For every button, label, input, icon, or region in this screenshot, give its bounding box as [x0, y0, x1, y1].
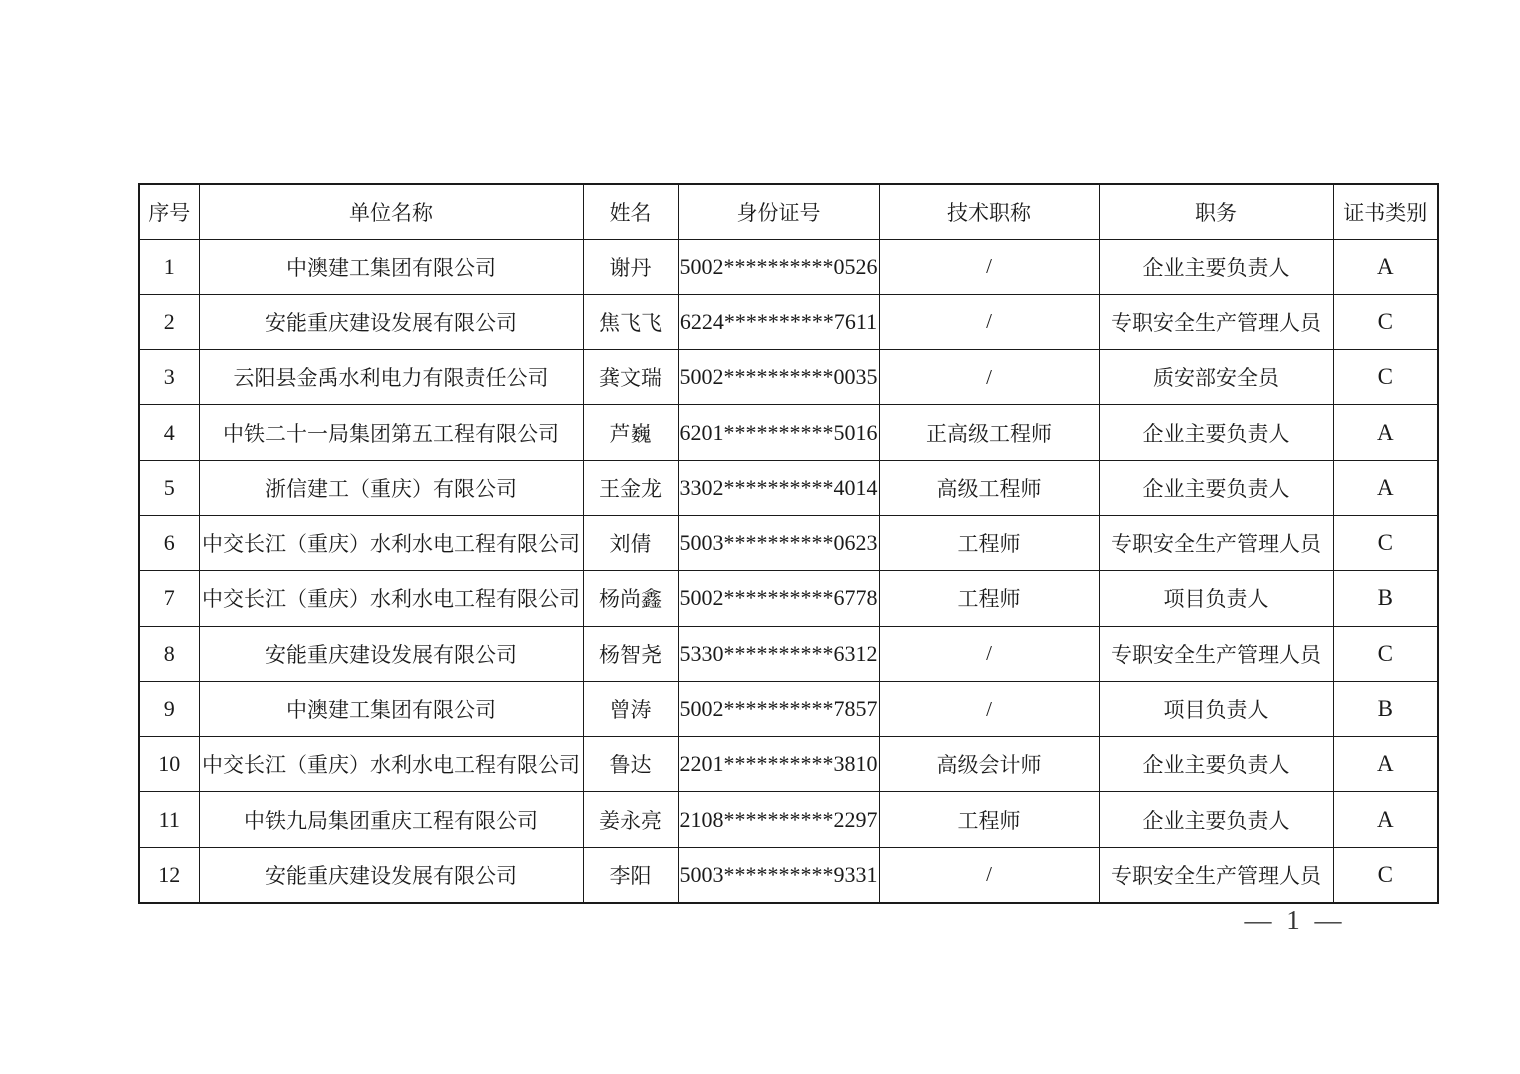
- cell-name: 鲁达: [583, 737, 678, 792]
- cell-id-number: 6201**********5016: [678, 405, 879, 460]
- cell-index: 10: [139, 737, 199, 792]
- cell-title: 工程师: [879, 571, 1099, 626]
- col-header-name: 姓名: [583, 184, 678, 239]
- cell-cert-type: B: [1333, 571, 1438, 626]
- cell-index: 12: [139, 847, 199, 902]
- cell-index: 6: [139, 515, 199, 570]
- cell-company: 中铁二十一局集团第五工程有限公司: [199, 405, 583, 460]
- cell-cert-type: A: [1333, 460, 1438, 515]
- cell-position: 专职安全生产管理人员: [1099, 847, 1333, 902]
- page-number: — 1 —: [1215, 905, 1375, 936]
- cell-position: 项目负责人: [1099, 681, 1333, 736]
- cell-index: 4: [139, 405, 199, 460]
- cell-company: 中交长江（重庆）水利水电工程有限公司: [199, 737, 583, 792]
- table-row: 11中铁九局集团重庆工程有限公司姜永亮2108**********2297工程师…: [139, 792, 1438, 847]
- cell-cert-type: B: [1333, 681, 1438, 736]
- personnel-table: 序号单位名称姓名身份证号技术职称职务证书类别 1中澳建工集团有限公司谢丹5002…: [138, 183, 1439, 904]
- cell-name: 姜永亮: [583, 792, 678, 847]
- cell-id-number: 5003**********0623: [678, 515, 879, 570]
- col-header-company: 单位名称: [199, 184, 583, 239]
- cell-index: 5: [139, 460, 199, 515]
- cell-position: 企业主要负责人: [1099, 737, 1333, 792]
- cell-index: 3: [139, 350, 199, 405]
- cell-company: 中交长江（重庆）水利水电工程有限公司: [199, 515, 583, 570]
- cell-position: 企业主要负责人: [1099, 792, 1333, 847]
- cell-position: 企业主要负责人: [1099, 405, 1333, 460]
- cell-id-number: 5003**********9331: [678, 847, 879, 902]
- cell-company: 云阳县金禹水利电力有限责任公司: [199, 350, 583, 405]
- cell-position: 专职安全生产管理人员: [1099, 626, 1333, 681]
- table-row: 2安能重庆建设发展有限公司焦飞飞6224**********7611/专职安全生…: [139, 294, 1438, 349]
- cell-title: /: [879, 681, 1099, 736]
- cell-id-number: 2108**********2297: [678, 792, 879, 847]
- table-row: 12安能重庆建设发展有限公司李阳5003**********9331/专职安全生…: [139, 847, 1438, 902]
- table-row: 3云阳县金禹水利电力有限责任公司龚文瑞5002**********0035/质安…: [139, 350, 1438, 405]
- table-row: 8安能重庆建设发展有限公司杨智尧5330**********6312/专职安全生…: [139, 626, 1438, 681]
- cell-name: 芦巍: [583, 405, 678, 460]
- cell-title: /: [879, 294, 1099, 349]
- cell-cert-type: C: [1333, 350, 1438, 405]
- cell-id-number: 5002**********6778: [678, 571, 879, 626]
- cell-position: 项目负责人: [1099, 571, 1333, 626]
- cell-index: 1: [139, 239, 199, 294]
- cell-position: 专职安全生产管理人员: [1099, 515, 1333, 570]
- cell-name: 曾涛: [583, 681, 678, 736]
- cell-position: 企业主要负责人: [1099, 239, 1333, 294]
- cell-company: 中交长江（重庆）水利水电工程有限公司: [199, 571, 583, 626]
- cell-cert-type: A: [1333, 792, 1438, 847]
- cell-cert-type: C: [1333, 294, 1438, 349]
- cell-cert-type: C: [1333, 847, 1438, 902]
- cell-name: 杨智尧: [583, 626, 678, 681]
- cell-position: 专职安全生产管理人员: [1099, 294, 1333, 349]
- cell-name: 焦飞飞: [583, 294, 678, 349]
- cell-title: /: [879, 239, 1099, 294]
- cell-company: 安能重庆建设发展有限公司: [199, 626, 583, 681]
- table-row: 6中交长江（重庆）水利水电工程有限公司刘倩5003**********0623工…: [139, 515, 1438, 570]
- cell-id-number: 5002**********7857: [678, 681, 879, 736]
- cell-name: 谢丹: [583, 239, 678, 294]
- table-header-row: 序号单位名称姓名身份证号技术职称职务证书类别: [139, 184, 1438, 239]
- cell-id-number: 5002**********0526: [678, 239, 879, 294]
- cell-name: 龚文瑞: [583, 350, 678, 405]
- cell-company: 安能重庆建设发展有限公司: [199, 294, 583, 349]
- table-row: 5浙信建工（重庆）有限公司王金龙3302**********4014高级工程师企…: [139, 460, 1438, 515]
- col-header-position: 职务: [1099, 184, 1333, 239]
- cell-name: 刘倩: [583, 515, 678, 570]
- cell-id-number: 6224**********7611: [678, 294, 879, 349]
- cell-cert-type: A: [1333, 239, 1438, 294]
- table-body: 1中澳建工集团有限公司谢丹5002**********0526/企业主要负责人A…: [139, 239, 1438, 903]
- col-header-index: 序号: [139, 184, 199, 239]
- cell-title: /: [879, 847, 1099, 902]
- cell-title: /: [879, 626, 1099, 681]
- cell-company: 安能重庆建设发展有限公司: [199, 847, 583, 902]
- cell-cert-type: C: [1333, 515, 1438, 570]
- cell-title: 高级会计师: [879, 737, 1099, 792]
- cell-title: 工程师: [879, 515, 1099, 570]
- cell-id-number: 5002**********0035: [678, 350, 879, 405]
- cell-name: 王金龙: [583, 460, 678, 515]
- cell-id-number: 3302**********4014: [678, 460, 879, 515]
- table-row: 4中铁二十一局集团第五工程有限公司芦巍6201**********5016正高级…: [139, 405, 1438, 460]
- cell-company: 中澳建工集团有限公司: [199, 239, 583, 294]
- document-page: 序号单位名称姓名身份证号技术职称职务证书类别 1中澳建工集团有限公司谢丹5002…: [0, 0, 1520, 1074]
- cell-title: /: [879, 350, 1099, 405]
- cell-cert-type: A: [1333, 405, 1438, 460]
- cell-position: 企业主要负责人: [1099, 460, 1333, 515]
- cell-id-number: 2201**********3810: [678, 737, 879, 792]
- table-row: 1中澳建工集团有限公司谢丹5002**********0526/企业主要负责人A: [139, 239, 1438, 294]
- cell-title: 正高级工程师: [879, 405, 1099, 460]
- cell-title: 高级工程师: [879, 460, 1099, 515]
- table-row: 10中交长江（重庆）水利水电工程有限公司鲁达2201**********3810…: [139, 737, 1438, 792]
- cell-position: 质安部安全员: [1099, 350, 1333, 405]
- cell-index: 9: [139, 681, 199, 736]
- cell-name: 杨尚鑫: [583, 571, 678, 626]
- cell-index: 11: [139, 792, 199, 847]
- col-header-title: 技术职称: [879, 184, 1099, 239]
- cell-company: 中澳建工集团有限公司: [199, 681, 583, 736]
- cell-company: 浙信建工（重庆）有限公司: [199, 460, 583, 515]
- cell-title: 工程师: [879, 792, 1099, 847]
- cell-name: 李阳: [583, 847, 678, 902]
- cell-index: 8: [139, 626, 199, 681]
- cell-company: 中铁九局集团重庆工程有限公司: [199, 792, 583, 847]
- cell-id-number: 5330**********6312: [678, 626, 879, 681]
- col-header-cert_type: 证书类别: [1333, 184, 1438, 239]
- cell-index: 2: [139, 294, 199, 349]
- col-header-id_number: 身份证号: [678, 184, 879, 239]
- table-row: 9中澳建工集团有限公司曾涛5002**********7857/项目负责人B: [139, 681, 1438, 736]
- cell-index: 7: [139, 571, 199, 626]
- table-row: 7中交长江（重庆）水利水电工程有限公司杨尚鑫5002**********6778…: [139, 571, 1438, 626]
- cell-cert-type: C: [1333, 626, 1438, 681]
- cell-cert-type: A: [1333, 737, 1438, 792]
